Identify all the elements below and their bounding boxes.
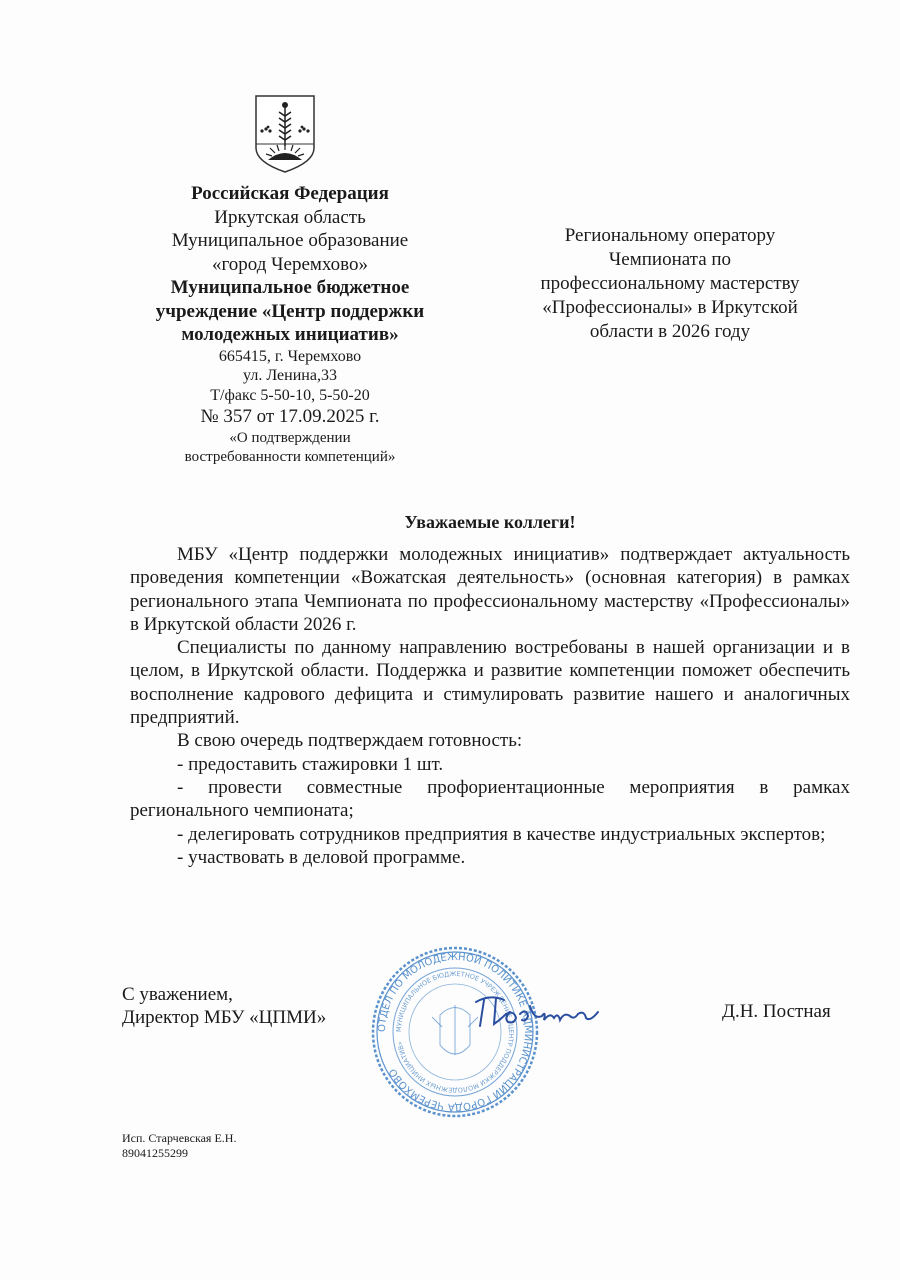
letter-page: Российская Федерация Иркутская область М… — [0, 0, 900, 1280]
addressee-line-4: «Профессионалы» в Иркутской — [500, 296, 840, 320]
executor-name: Исп. Старчевская Е.Н. — [122, 1131, 236, 1146]
body-paragraph: МБУ «Центр поддержки молодежных инициати… — [130, 543, 850, 636]
addressee-line-5: области в 2026 году — [500, 320, 840, 344]
letter-body: МБУ «Центр поддержки молодежных инициати… — [130, 543, 850, 869]
addressee-block: Региональному оператору Чемпионата по пр… — [500, 224, 840, 344]
municipality-line-2: «город Черемхово» — [140, 253, 440, 277]
municipality-line-1: Муниципальное образование — [140, 229, 440, 253]
list-item: - участвовать в деловой программе. — [130, 846, 850, 869]
region-name: Иркутская область — [140, 206, 440, 230]
sender-header: Российская Федерация Иркутская область М… — [140, 182, 440, 467]
closing-phrase: С уважением, — [122, 983, 233, 1006]
signer-name: Д.Н. Постная — [722, 1000, 831, 1023]
organization-line-3: молодежных инициатив» — [140, 323, 440, 347]
phone-fax: Т/факс 5-50-10, 5-50-20 — [140, 386, 440, 406]
document-number-date: № 357 от 17.09.2025 г. — [140, 405, 440, 429]
organization-line-1: Муниципальное бюджетное — [140, 276, 440, 300]
list-item: - предоставить стажировки 1 шт. — [130, 753, 850, 776]
greeting: Уважаемые коллеги! — [130, 510, 850, 534]
subject-line-1: «О подтверждении — [140, 429, 440, 448]
body-paragraph: Специалисты по данному направлению востр… — [130, 636, 850, 729]
addressee-line-1: Региональному оператору — [500, 224, 840, 248]
address-line-2: ул. Ленина,33 — [140, 366, 440, 386]
organization-line-2: учреждение «Центр поддержки — [140, 300, 440, 324]
handwritten-signature — [470, 990, 605, 1035]
country-name: Российская Федерация — [140, 182, 440, 206]
list-item: - провести совместные профориентационные… — [130, 776, 850, 823]
address-line-1: 665415, г. Черемхово — [140, 347, 440, 367]
addressee-line-3: профессиональному мастерству — [500, 272, 840, 296]
body-paragraph: В свою очередь подтверждаем готовность: — [130, 729, 850, 752]
subject-line-2: востребованности компетенций» — [140, 448, 440, 467]
list-item: - делегировать сотрудников предприятия в… — [130, 823, 850, 846]
coat-of-arms-icon — [248, 88, 322, 176]
executor-info: Исп. Старчевская Е.Н. 89041255299 — [122, 1131, 236, 1160]
signer-position: Директор МБУ «ЦПМИ» — [122, 1006, 326, 1029]
addressee-line-2: Чемпионата по — [500, 248, 840, 272]
executor-phone: 89041255299 — [122, 1146, 236, 1161]
